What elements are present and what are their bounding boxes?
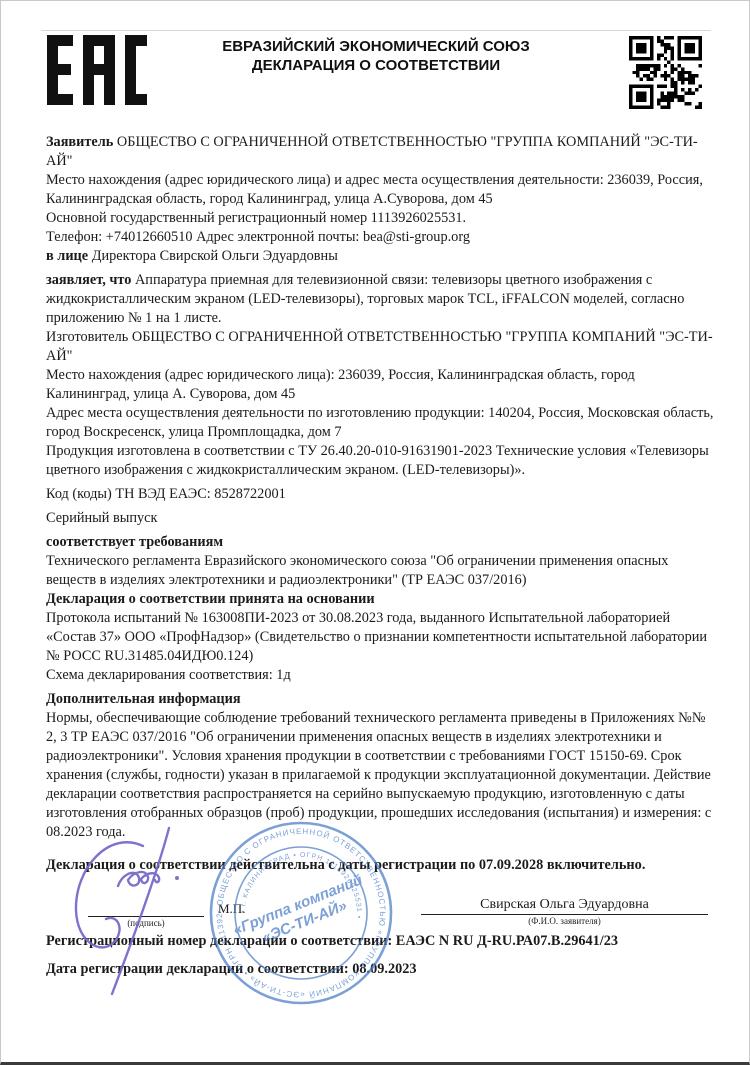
document-title: ЕВРАЗИЙСКИЙ ЭКОНОМИЧЕСКИЙ СОЮЗ ДЕКЛАРАЦИ… bbox=[161, 37, 591, 75]
paragraph-text: Основной государственный регистрационный… bbox=[46, 210, 466, 226]
paragraph-text: Схема декларирования соответствия: 1д bbox=[46, 667, 291, 683]
paragraph-bold-lead: соответствует требованиям bbox=[46, 534, 223, 550]
paragraph-text: ОБЩЕСТВО С ОГРАНИЧЕННОЙ ОТВЕТСТВЕННОСТЬЮ… bbox=[46, 134, 698, 169]
document-paragraph: соответствует требованиям bbox=[46, 533, 716, 552]
title-line-union: ЕВРАЗИЙСКИЙ ЭКОНОМИЧЕСКИЙ СОЮЗ bbox=[161, 37, 591, 56]
paragraph-text: Технического регламента Евразийского эко… bbox=[46, 553, 668, 588]
paragraph-text: Телефон: +74012660510 Адрес электронной … bbox=[46, 229, 470, 245]
paragraph-text: Изготовитель ОБЩЕСТВО С ОГРАНИЧЕННОЙ ОТВ… bbox=[46, 329, 713, 364]
paragraph-text: Серийный выпуск bbox=[46, 510, 157, 526]
document-paragraph: Дополнительная информация bbox=[46, 690, 716, 709]
eac-mark-icon bbox=[47, 33, 147, 107]
document-paragraph: Адрес места осуществления деятельности п… bbox=[46, 404, 716, 442]
paragraph-bold-lead: Дополнительная информация bbox=[46, 691, 241, 707]
paragraph-bold-lead: Заявитель bbox=[46, 134, 117, 150]
signature-row: • ОБЩЕСТВО С ОГРАНИЧЕННОЙ ОТВЕТСТВЕННОСТ… bbox=[46, 890, 716, 932]
document-paragraph: Технического регламента Евразийского эко… bbox=[46, 552, 716, 590]
document-paragraph: Телефон: +74012660510 Адрес электронной … bbox=[46, 228, 716, 247]
eac-logo bbox=[47, 33, 147, 112]
paragraph-text: Место нахождения (адрес юридического лиц… bbox=[46, 367, 635, 402]
paragraph-bold-lead: Декларация о соответствии принята на осн… bbox=[46, 591, 375, 607]
paragraph-list: Заявитель ОБЩЕСТВО С ОГРАНИЧЕННОЙ ОТВЕТС… bbox=[46, 133, 716, 875]
paragraph-text: Код (коды) ТН ВЭД ЕАЭС: 8528722001 bbox=[46, 486, 286, 502]
document-paragraph: Код (коды) ТН ВЭД ЕАЭС: 8528722001 bbox=[46, 485, 716, 504]
qr-code-canvas bbox=[629, 36, 702, 109]
paragraph-bold-lead: Декларация о соответствии действительна … bbox=[46, 857, 645, 873]
paragraph-bold-lead: в лице bbox=[46, 248, 92, 264]
document-paragraph: Продукция изготовлена в соответствии с Т… bbox=[46, 442, 716, 480]
signature-caption: (подпись) bbox=[127, 918, 164, 928]
declarant-name: Свирская Ольга Эдуардовна bbox=[421, 897, 708, 913]
paragraph-text: Директора Свирской Ольги Эдуардовны bbox=[92, 248, 338, 264]
document-paragraph: Декларация о соответствии действительна … bbox=[46, 856, 716, 875]
document-paragraph: в лице Директора Свирской Ольги Эдуардов… bbox=[46, 247, 716, 266]
paragraph-text: Аппаратура приемная для телевизионной св… bbox=[46, 272, 684, 326]
document-paragraph: Протокола испытаний № 163008ПИ-2023 от 3… bbox=[46, 609, 716, 666]
document-paragraph: Серийный выпуск bbox=[46, 509, 716, 528]
document-paragraph: Нормы, обеспечивающие соблюдение требова… bbox=[46, 709, 716, 842]
signature-line: (подпись) bbox=[88, 916, 204, 929]
document-body: Заявитель ОБЩЕСТВО С ОГРАНИЧЕННОЙ ОТВЕТС… bbox=[46, 133, 716, 979]
registration-number-line: Регистрационный номер декларации о соотв… bbox=[46, 932, 716, 951]
document-paragraph: Место нахождения (адрес юридического лиц… bbox=[46, 171, 716, 209]
document-paragraph: заявляет, что Аппаратура приемная для те… bbox=[46, 271, 716, 328]
registration-date-line: Дата регистрации декларации о соответств… bbox=[46, 960, 716, 979]
declarant-name-caption: (Ф.И.О. заявителя) bbox=[421, 915, 708, 927]
title-line-declaration: ДЕКЛАРАЦИЯ О СООТВЕТСТВИИ bbox=[161, 56, 591, 75]
paragraph-text: Протокола испытаний № 163008ПИ-2023 от 3… bbox=[46, 610, 707, 664]
declaration-document-page: { "header": { "eac_logo": "eac-conformit… bbox=[0, 0, 750, 1065]
paragraph-bold-lead: заявляет, что bbox=[46, 272, 135, 288]
paragraph-text: Место нахождения (адрес юридического лиц… bbox=[46, 172, 703, 207]
document-paragraph: Схема декларирования соответствия: 1д bbox=[46, 666, 716, 685]
stamp-center-line1: «Группа компаний bbox=[231, 871, 365, 938]
declarant-name-block: Свирская Ольга Эдуардовна (Ф.И.О. заявит… bbox=[421, 897, 708, 927]
stamp-place-label: М.П. bbox=[218, 899, 245, 918]
paragraph-text: Продукция изготовлена в соответствии с Т… bbox=[46, 443, 709, 478]
document-paragraph: Основной государственный регистрационный… bbox=[46, 209, 716, 228]
document-paragraph: Заявитель ОБЩЕСТВО С ОГРАНИЧЕННОЙ ОТВЕТС… bbox=[46, 133, 716, 171]
page-top-rule bbox=[41, 30, 711, 31]
qr-code-icon bbox=[629, 36, 702, 109]
document-paragraph: Изготовитель ОБЩЕСТВО С ОГРАНИЧЕННОЙ ОТВ… bbox=[46, 328, 716, 366]
document-paragraph: Место нахождения (адрес юридического лиц… bbox=[46, 366, 716, 404]
paragraph-text: Адрес места осуществления деятельности п… bbox=[46, 405, 713, 440]
document-paragraph: Декларация о соответствии принята на осн… bbox=[46, 590, 716, 609]
paragraph-text: Нормы, обеспечивающие соблюдение требова… bbox=[46, 710, 711, 840]
